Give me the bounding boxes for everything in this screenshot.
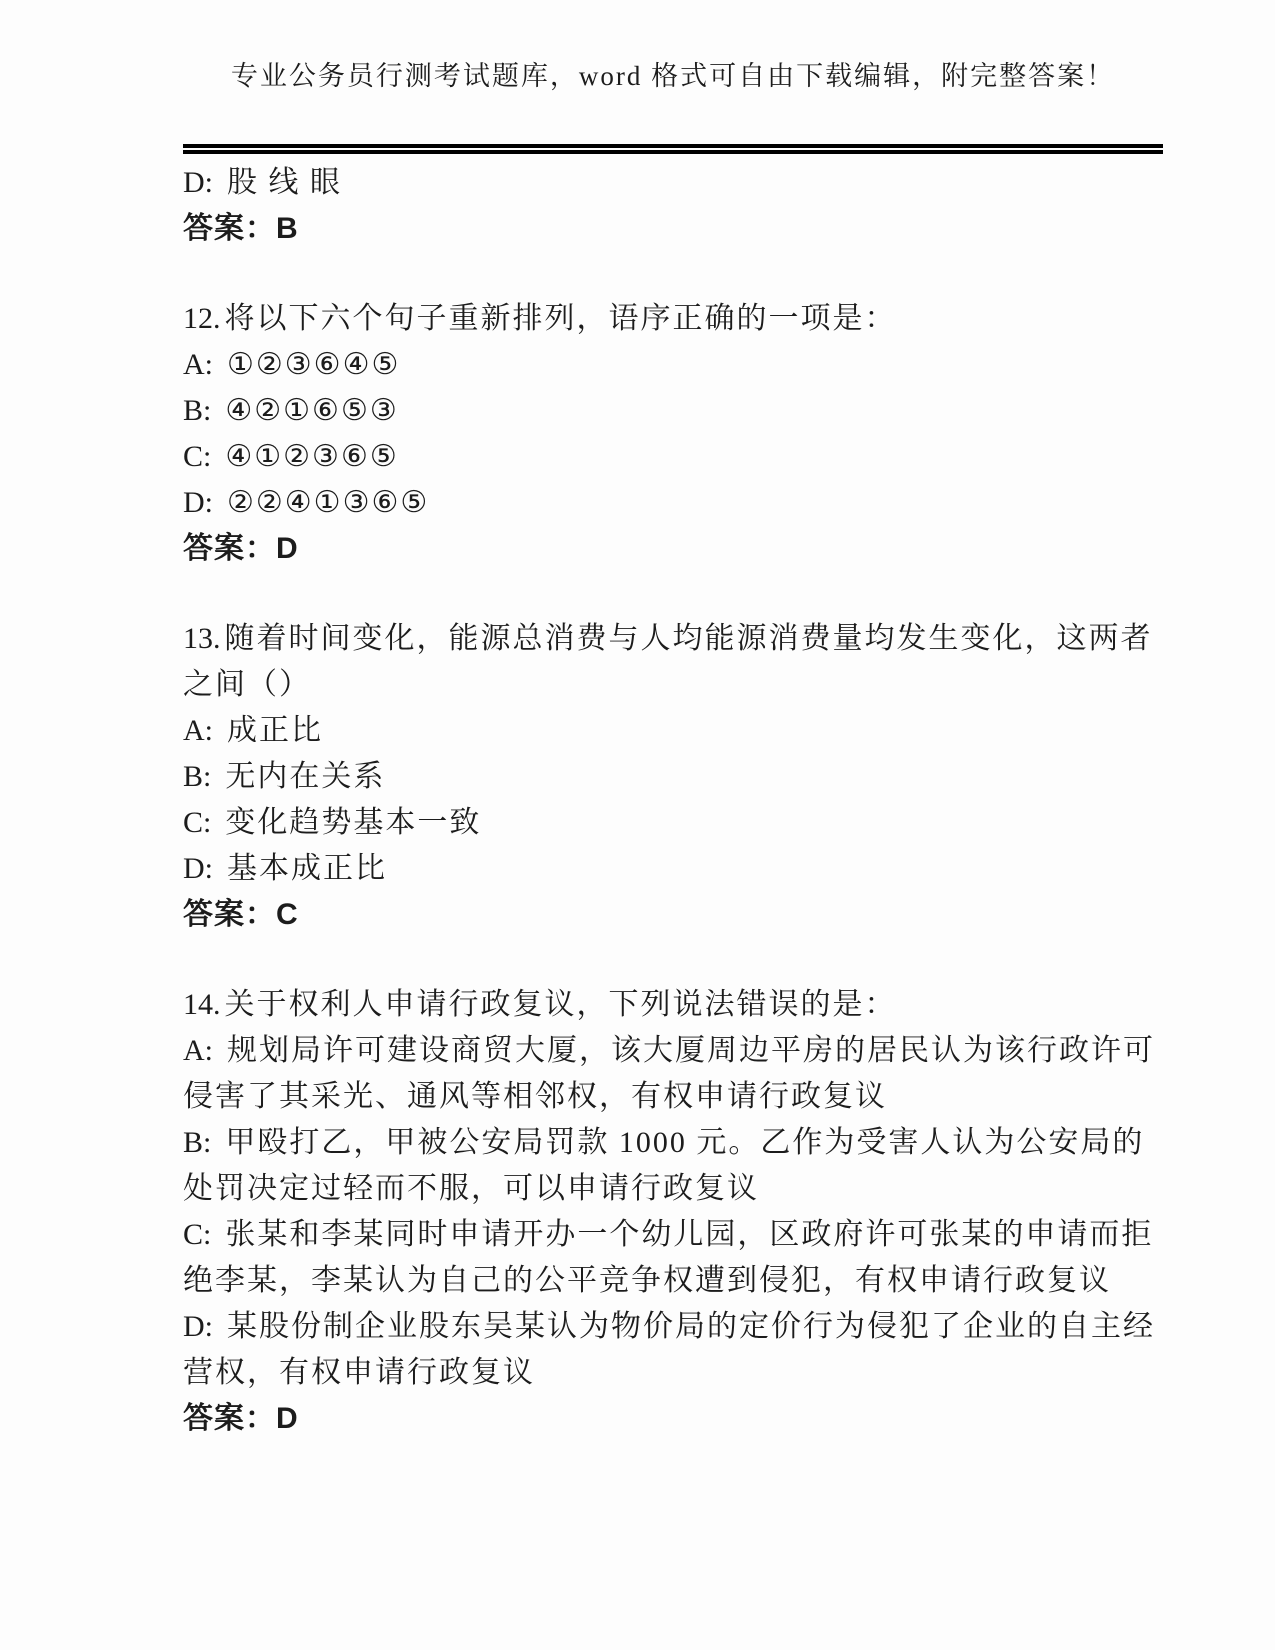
option-line-b: B:④②①⑥⑤③ [183,388,1163,434]
option-text: 甲殴打乙，甲被公安局罚款 1000 元。乙作为受害人认为公安局的处罚决定过轻而不… [183,1126,1144,1205]
option-text: ①②③⑥④⑤ [227,348,400,381]
option-label: A: [183,714,213,747]
option-label: B: [183,1126,211,1159]
answer-label: 答案： [183,1402,276,1435]
header-title: 专业公务员行测考试题库，word 格式可自由下载编辑，附完整答案！ [183,56,1163,96]
question-stem-text: 随着时间变化，能源总消费与人均能源消费量均发生变化，这两者之间（） [183,622,1153,701]
option-label: D: [183,852,213,885]
option-line-d: D:股 线 眼 [183,160,1163,206]
option-text: 张某和李某同时申请开办一个幼儿园，区政府许可张某的申请而拒绝李某，李某认为自己的… [183,1218,1153,1297]
question-number: 12. [183,302,221,335]
question-stem: 12.将以下六个句子重新排列，语序正确的一项是： [183,296,1163,342]
option-label: B: [183,760,211,793]
option-label: C: [183,440,211,473]
question-13: 13.随着时间变化，能源总消费与人均能源消费量均发生变化，这两者之间（） A:成… [183,616,1163,938]
option-label: C: [183,1218,211,1251]
question-12: 12.将以下六个句子重新排列，语序正确的一项是： A:①②③⑥④⑤ B:④②①⑥… [183,296,1163,572]
option-line-b: B:甲殴打乙，甲被公安局罚款 1000 元。乙作为受害人认为公安局的处罚决定过轻… [183,1120,1163,1212]
question-number: 14. [183,988,221,1021]
question-14: 14.关于权利人申请行政复议，下列说法错误的是： A:规划局许可建设商贸大厦，该… [183,982,1163,1442]
option-line-a: A:①②③⑥④⑤ [183,342,1163,388]
question-stem-text: 将以下六个句子重新排列，语序正确的一项是： [225,302,897,335]
document-body: D:股 线 眼 答案：B 12.将以下六个句子重新排列，语序正确的一项是： A:… [183,160,1163,1442]
document-page: 专业公务员行测考试题库，word 格式可自由下载编辑，附完整答案！ D:股 线 … [0,0,1275,1650]
answer-line: 答案：B [183,206,1163,252]
option-text: 股 线 眼 [227,166,342,199]
answer-label: 答案： [183,532,276,565]
answer-label: 答案： [183,212,276,245]
option-label: A: [183,348,213,381]
option-text: 无内在关系 [225,760,385,793]
answer-line: 答案：C [183,892,1163,938]
answer-value: B [276,212,299,245]
option-line-d: D:基本成正比 [183,846,1163,892]
question-stem-text: 关于权利人申请行政复议，下列说法错误的是： [225,988,897,1021]
option-label: D: [183,1310,213,1343]
option-line-c: C:张某和李某同时申请开办一个幼儿园，区政府许可张某的申请而拒绝李某，李某认为自… [183,1212,1163,1304]
answer-label: 答案： [183,898,276,931]
option-line-c: C:变化趋势基本一致 [183,800,1163,846]
option-text: 基本成正比 [227,852,387,885]
question-stem: 13.随着时间变化，能源总消费与人均能源消费量均发生变化，这两者之间（） [183,616,1163,708]
question-11-fragment: D:股 线 眼 答案：B [183,160,1163,252]
page-header: 专业公务员行测考试题库，word 格式可自由下载编辑，附完整答案！ [183,56,1163,154]
option-text: 某股份制企业股东吴某认为物价局的定价行为侵犯了企业的自主经营权，有权申请行政复议 [183,1310,1155,1389]
answer-line: 答案：D [183,1396,1163,1442]
option-line-a: A:规划局许可建设商贸大厦，该大厦周边平房的居民认为该行政许可侵害了其采光、通风… [183,1028,1163,1120]
option-line-a: A:成正比 [183,708,1163,754]
option-line-b: B:无内在关系 [183,754,1163,800]
option-text: ④①②③⑥⑤ [225,440,398,473]
option-line-d: D:②②④①③⑥⑤ [183,480,1163,526]
option-text: 变化趋势基本一致 [225,806,481,839]
option-label: D: [183,486,213,519]
option-label: C: [183,806,211,839]
question-number: 13. [183,622,221,655]
option-text: ④②①⑥⑤③ [225,394,398,427]
option-label: A: [183,1034,213,1067]
option-line-c: C:④①②③⑥⑤ [183,434,1163,480]
option-text: ②②④①③⑥⑤ [227,486,429,519]
option-label: B: [183,394,211,427]
answer-line: 答案：D [183,526,1163,572]
option-text: 规划局许可建设商贸大厦，该大厦周边平房的居民认为该行政许可侵害了其采光、通风等相… [183,1034,1155,1113]
answer-value: D [276,1402,299,1435]
option-line-d: D:某股份制企业股东吴某认为物价局的定价行为侵犯了企业的自主经营权，有权申请行政… [183,1304,1163,1396]
option-label: D: [183,166,213,199]
answer-value: D [276,532,299,565]
header-divider-rule [183,144,1163,154]
question-stem: 14.关于权利人申请行政复议，下列说法错误的是： [183,982,1163,1028]
answer-value: C [276,898,299,931]
option-text: 成正比 [227,714,323,747]
